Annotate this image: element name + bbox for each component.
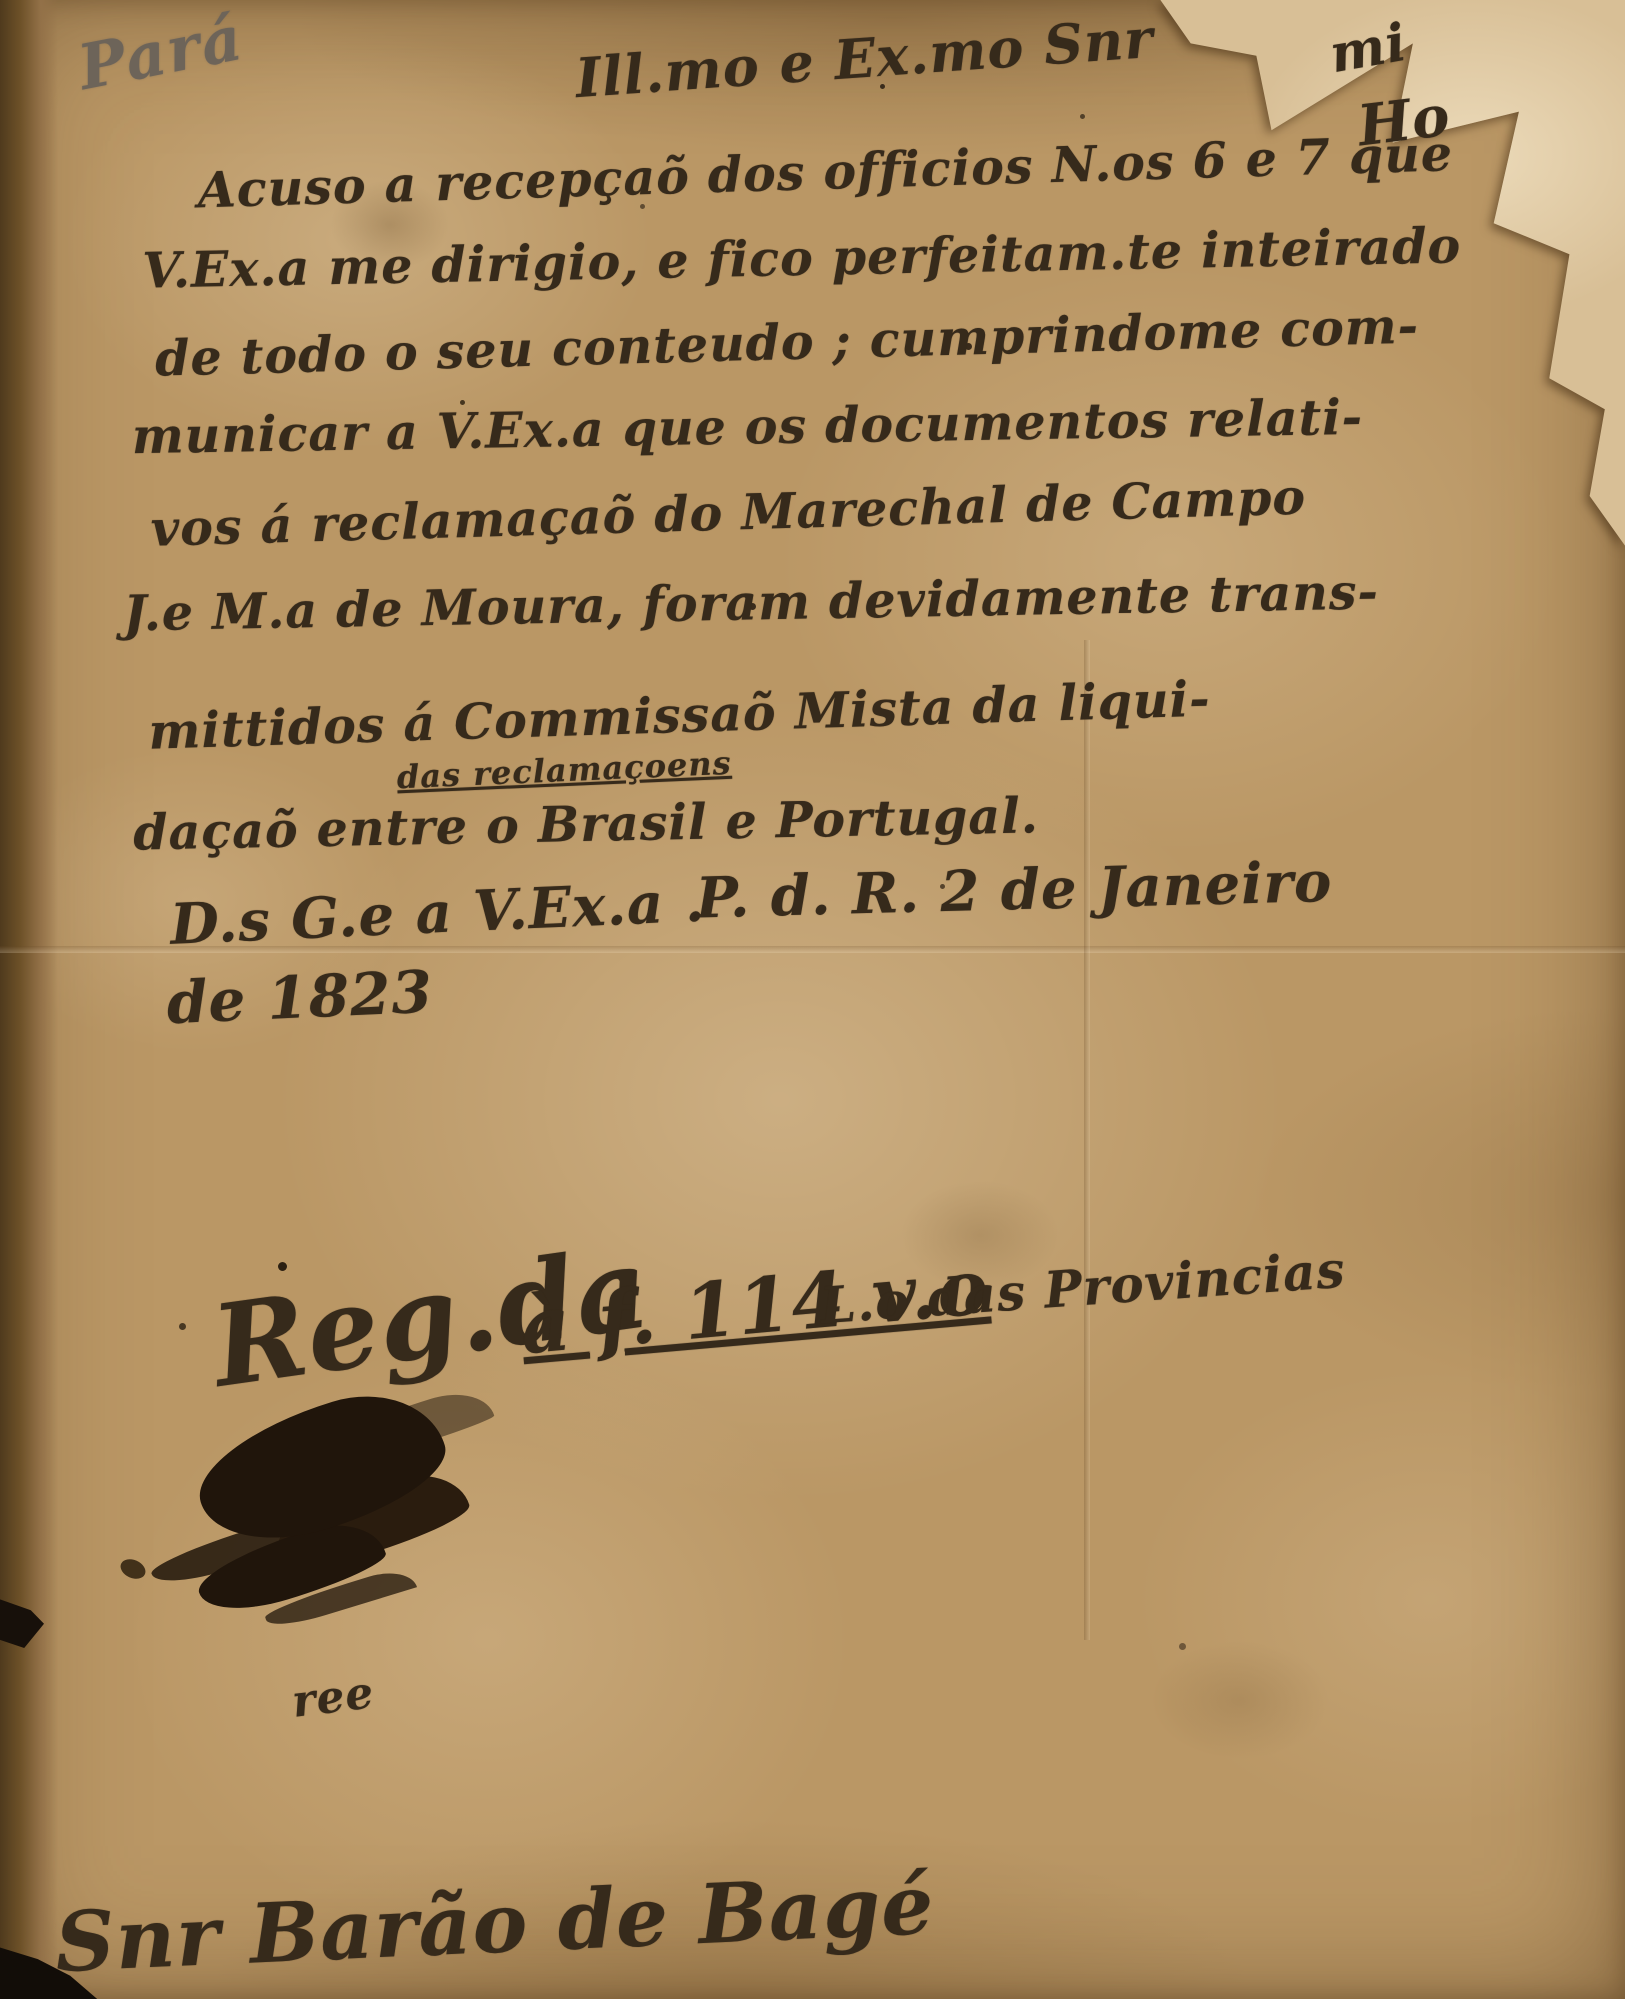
binding-gutter-shadow bbox=[0, 0, 58, 1999]
paper-stain bbox=[1150, 1640, 1330, 1760]
ink-blot-droplet bbox=[117, 1555, 148, 1582]
closing-salute: D.s G.e a V.Ex.a . bbox=[169, 869, 707, 958]
stray-pen-squiggle: ree bbox=[289, 1667, 377, 1728]
body-line: Acuso a recepçaõ dos officios N.os 6 e 7… bbox=[197, 124, 1454, 219]
body-line: vos á reclamaçaõ do Marechal de Campo bbox=[150, 468, 1307, 558]
body-line: J.e M.a de Moura, foram devidamente tran… bbox=[123, 563, 1379, 643]
closing-year: de 1823 bbox=[165, 958, 434, 1038]
manuscript-page: mi Ho Pará Ill.mo e Ex.mo Snr Acuso a re… bbox=[0, 0, 1625, 1999]
salutation-line: Ill.mo e Ex.mo Snr bbox=[573, 6, 1155, 110]
pencil-annotation-para: Pará bbox=[73, 1, 250, 104]
closing-place-date: P. d. R. 2 de Janeiro bbox=[695, 849, 1333, 932]
body-line: de todo o seu conteudo ; cumprindome com… bbox=[154, 297, 1419, 388]
interlinear-insertion: das reclamaçoens bbox=[396, 744, 732, 797]
vertical-fold-crease bbox=[1084, 640, 1090, 1640]
body-line: municar a V.Ex.a que os documentos relat… bbox=[131, 388, 1363, 465]
addressee-line: Snr Barão de Bagé bbox=[53, 1857, 936, 1991]
fragment-partial-writing: mi bbox=[1325, 12, 1411, 85]
body-line: daçaõ entre o Brasil e Portugal. bbox=[133, 786, 1040, 861]
